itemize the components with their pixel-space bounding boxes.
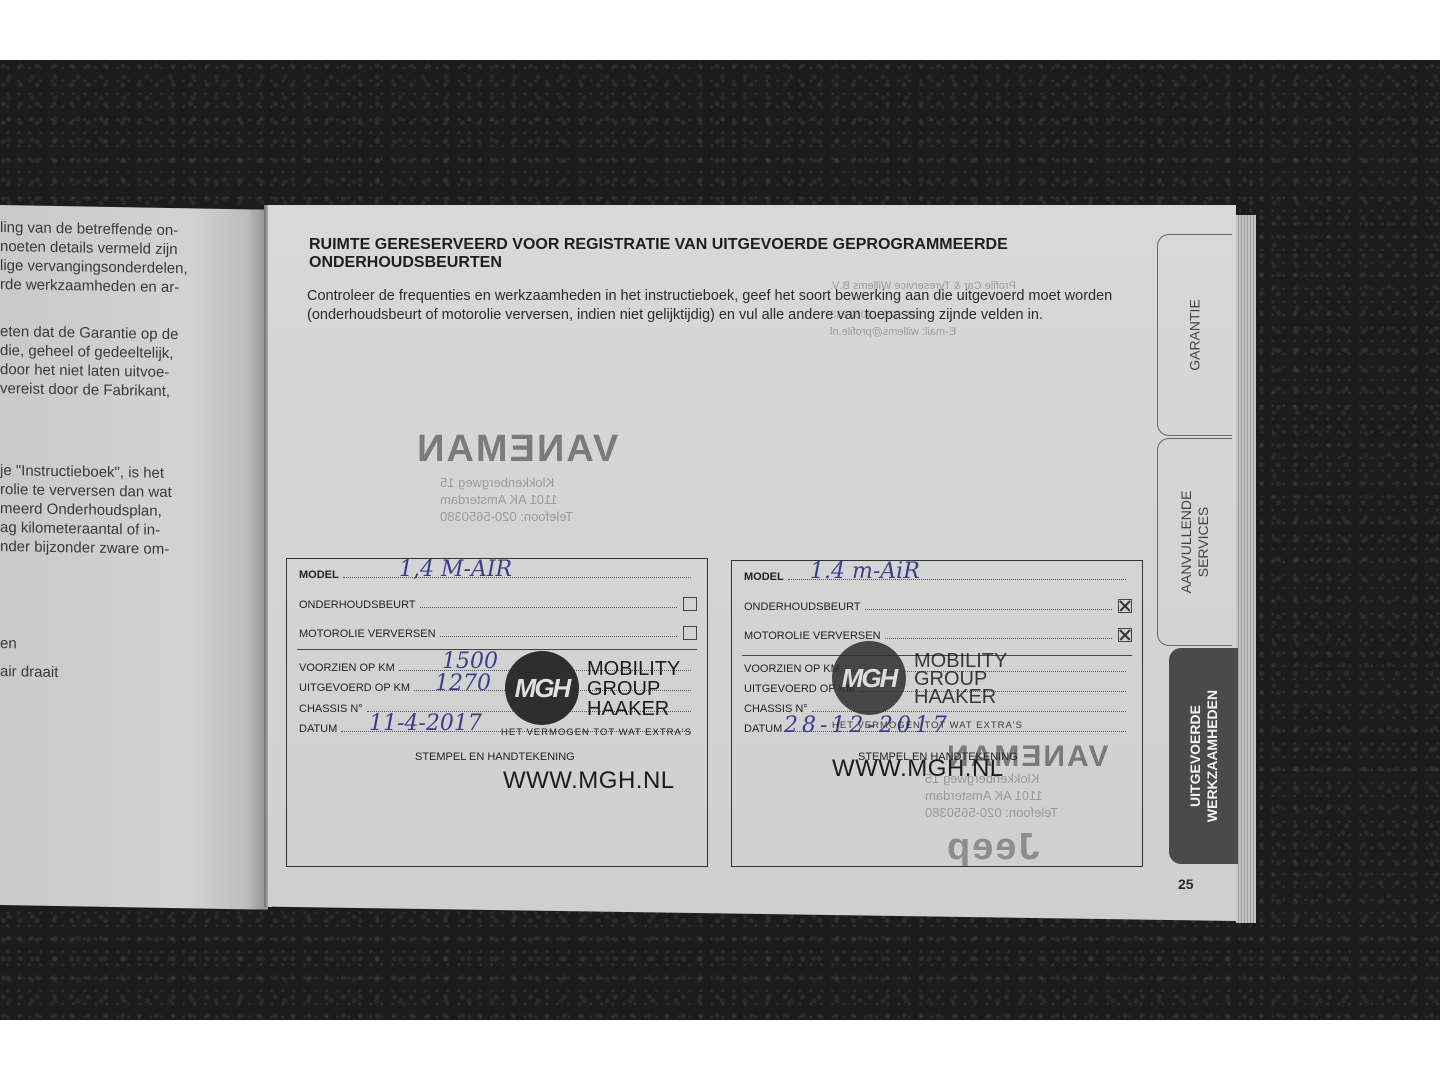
- service-row: ONDERHOUDSBEURT: [299, 597, 697, 611]
- oil-checkbox[interactable]: [1118, 628, 1132, 642]
- left-text-line: rolie te verversen dan wat: [0, 481, 172, 501]
- service-checkbox[interactable]: [683, 597, 697, 611]
- left-text-line: en: [0, 635, 17, 652]
- left-text-line: noeten details vermeld zijn: [0, 238, 178, 258]
- done-km-handwritten: 1270: [435, 671, 491, 696]
- tab-uitgevoerde-werkzaamheden[interactable]: UITGEVOERDE WERKZAAMHEDEN: [1169, 648, 1238, 864]
- dealer-url: WWW.MGH.NL: [503, 767, 675, 795]
- service-record-card-1: MODEL ONDERHOUDSBEURT MOTOROLIE VERVERSE…: [286, 558, 708, 867]
- oil-row: MOTOROLIE VERVERSEN: [299, 626, 697, 640]
- tab-garantie[interactable]: GARANTIE: [1157, 234, 1232, 436]
- page-number: 25: [1178, 876, 1194, 892]
- page-title: RUIMTE GERESERVEERD VOOR REGISTRATIE VAN…: [309, 236, 1129, 272]
- left-text-line: nder bijzonder zware om-: [0, 538, 169, 558]
- left-text-line: ling van de betreffende on-: [0, 219, 178, 239]
- left-text-line: je "Instructieboek", is het: [0, 462, 164, 482]
- left-text-line: door het niet laten uitvoe-: [0, 361, 169, 381]
- oil-row: MOTOROLIE VERVERSEN: [744, 628, 1132, 642]
- left-text-line: rde werkzaamheden en ar-: [0, 276, 179, 296]
- dealer-url: WWW.MGH.NL: [832, 755, 1004, 783]
- ghost-stamp-name: VANEMAN: [415, 428, 618, 471]
- left-text-line: eten dat de Garantie op de: [0, 323, 178, 343]
- left-text-line: air draait: [0, 663, 58, 681]
- left-text-line: die, geheel of gedeeltelijk,: [0, 342, 173, 362]
- ghost-stamp-address: Klokkenbergweg 15 1101 AK Amsterdam Tele…: [440, 474, 580, 525]
- service-record-card-2: MODEL ONDERHOUDSBEURT MOTOROLIE VERVERSE…: [731, 560, 1143, 867]
- left-text-line: lige vervangingsonderdelen,: [0, 257, 188, 277]
- service-checkbox[interactable]: [1118, 599, 1132, 613]
- ghost-stamp-top-right: Profile Car & Tyreservice Willems B.V. T…: [830, 278, 1100, 341]
- oil-checkbox[interactable]: [683, 626, 697, 640]
- model-row: MODEL: [744, 571, 1132, 583]
- left-text-line: ag kilometeraantal of in-: [0, 519, 160, 539]
- mgh-monogram-icon: MGH: [505, 651, 579, 725]
- signature-label: STEMPEL EN HANDTEKENING: [415, 751, 575, 763]
- date-handwritten: 11-4-2017: [369, 711, 482, 736]
- service-row: ONDERHOUDSBEURT: [744, 599, 1132, 613]
- model-handwritten: 1.4 m-AiR: [810, 559, 920, 584]
- model-handwritten: 1,4 M-AIR: [399, 557, 512, 582]
- mgh-monogram-icon: MGH: [832, 641, 906, 715]
- tab-aanvullende-services[interactable]: AANVULLENDE SERVICES: [1157, 438, 1232, 646]
- left-text-line: meerd Onderhoudsplan,: [0, 500, 162, 520]
- left-page: ling van de betreffende on- noeten detai…: [0, 205, 268, 910]
- left-text-line: vereist door de Fabrikant,: [0, 380, 170, 400]
- page-edges: [1236, 215, 1256, 923]
